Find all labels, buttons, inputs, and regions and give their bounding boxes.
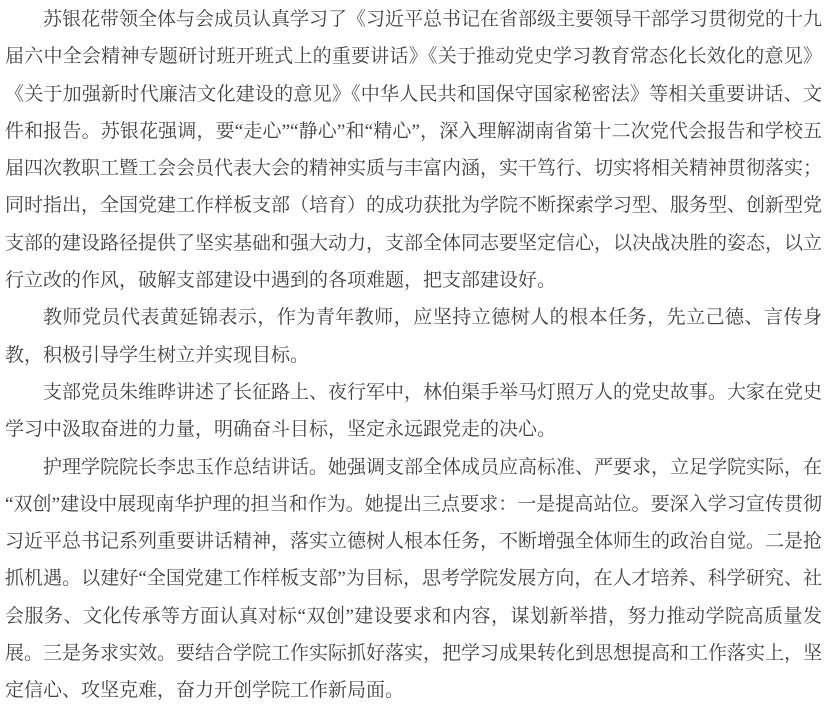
paragraph-teacher-representative: 教师党员代表黄延锦表示，作为青年教师，应坚持立德树人的根本任务，先立己德、言传身… [5, 299, 822, 374]
article-body: 苏银花带领全体与会成员认真学习了《习近平总书记在省部级主要领导干部学习贯彻党的十… [0, 0, 827, 710]
paragraph-dean-summary: 护理学院院长李忠玉作总结讲话。她强调支部全体成员应高标准、严要求，立足学院实际，… [5, 449, 822, 710]
paragraph-party-history-story: 支部党员朱维晔讲述了长征路上、夜行军中，林伯渠手举马灯照万人的党史故事。大家在党… [5, 374, 822, 449]
paragraph-study-session: 苏银花带领全体与会成员认真学习了《习近平总书记在省部级主要领导干部学习贯彻党的十… [5, 1, 822, 299]
